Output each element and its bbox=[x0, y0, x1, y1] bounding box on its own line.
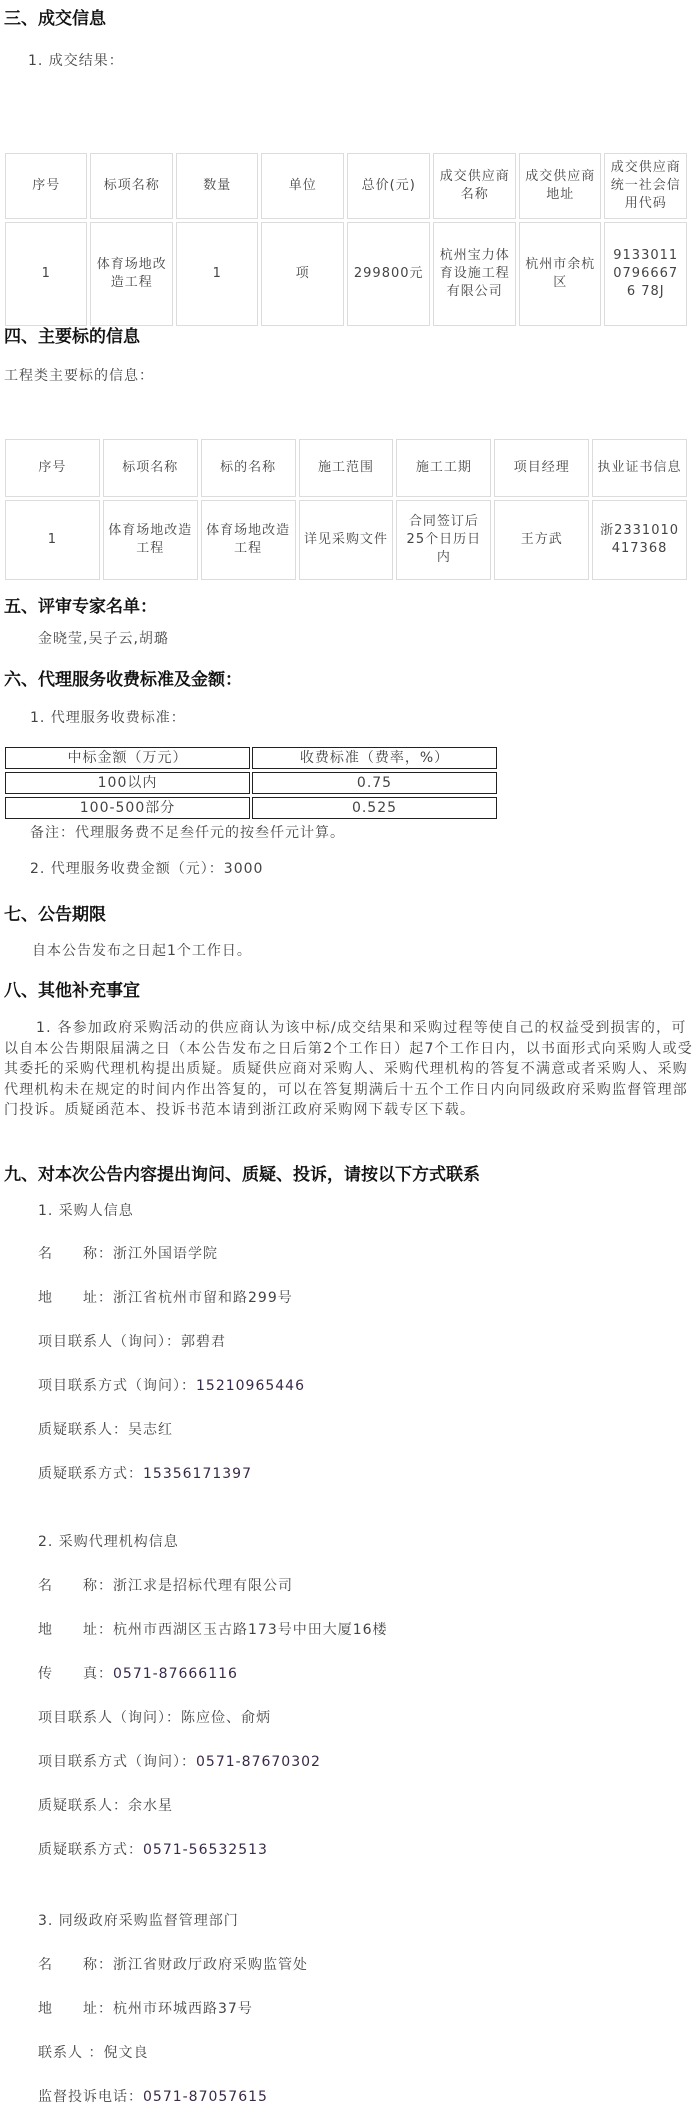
purchaser-query-contact: 质疑联系人：吴志红 bbox=[38, 1419, 173, 1439]
agency-name: 名 称：浙江求是招标代理有限公司 bbox=[38, 1575, 293, 1595]
table-row: 1 体育场地改造工程 体育场地改造工程 详见采购文件 合同签订后25个日历日内 … bbox=[5, 500, 687, 580]
label: 质疑联系方式： bbox=[38, 1839, 143, 1859]
main-subject-table: 序号 标项名称 标的名称 施工范围 施工工期 项目经理 执业证书信息 1 体育场… bbox=[2, 436, 690, 583]
supervisor-contact: 联系人 ：倪文良 bbox=[38, 2042, 148, 2062]
label: 项目联系人（询问）： bbox=[38, 1331, 181, 1351]
purchaser-phone: 项目联系方式（询问）：15210965446 bbox=[38, 1375, 305, 1395]
th-quantity: 数量 bbox=[176, 153, 258, 219]
table-header-row: 序号 标项名称 数量 单位 总价(元) 成交供应商名称 成交供应商地址 成交供应… bbox=[5, 153, 687, 219]
th-supplier-name: 成交供应商名称 bbox=[433, 153, 515, 219]
th-item-name: 标项名称 bbox=[90, 153, 172, 219]
value: 倪文良 bbox=[103, 2045, 148, 2061]
cell-supplier-name: 杭州宝力体育设施工程有限公司 bbox=[433, 222, 515, 326]
value: 15356171397 bbox=[143, 1466, 252, 1482]
agency-contact: 项目联系人（询问）：陈应俭、俞炳 bbox=[38, 1707, 271, 1727]
cell-manager: 王方武 bbox=[494, 500, 589, 580]
th-seq: 序号 bbox=[5, 153, 87, 219]
section-4-title: 四、主要标的信息 bbox=[4, 322, 140, 347]
agency-query-contact: 质疑联系人：余水星 bbox=[38, 1795, 173, 1815]
section-7-title: 七、公告期限 bbox=[4, 900, 106, 925]
th-scope: 施工范围 bbox=[299, 439, 394, 497]
agency-heading: 2. 采购代理机构信息 bbox=[38, 1531, 179, 1551]
th-supplier-address: 成交供应商地址 bbox=[519, 153, 601, 219]
section-5-title: 五、评审专家名单： bbox=[4, 592, 157, 617]
fee-note: 备注：代理服务费不足叁仟元的按叁仟元计算。 bbox=[30, 822, 345, 842]
label: 项目联系方式（询问）： bbox=[38, 1375, 196, 1395]
cell-scope: 详见采购文件 bbox=[299, 500, 394, 580]
section-9-title: 九、对本次公告内容提出询问、质疑、投诉，请按以下方式联系 bbox=[4, 1160, 480, 1185]
cell-bid-amount: 100-500部分 bbox=[5, 797, 250, 819]
label: 质疑联系方式： bbox=[38, 1463, 143, 1483]
label: 名 称： bbox=[38, 1243, 113, 1263]
label: 监督投诉电话： bbox=[38, 2086, 143, 2106]
label: 项目联系人（询问）： bbox=[38, 1707, 181, 1727]
label: 质疑联系人： bbox=[38, 1795, 128, 1815]
agency-fax: 传 真：0571-87666116 bbox=[38, 1663, 238, 1683]
agency-address: 地 址：杭州市西湖区玉古路173号中田大厦16楼 bbox=[38, 1619, 388, 1639]
agency-query-phone: 质疑联系方式：0571-56532513 bbox=[38, 1839, 268, 1859]
th-unit: 单位 bbox=[261, 153, 343, 219]
label: 质疑联系人： bbox=[38, 1419, 128, 1439]
fee-standard-subtitle: 1. 代理服务收费标准： bbox=[30, 707, 186, 727]
deal-result-subtitle: 1. 成交结果： bbox=[28, 50, 124, 70]
cell-seq: 1 bbox=[5, 222, 87, 326]
th-total-price: 总价(元) bbox=[347, 153, 431, 219]
cell-seq: 1 bbox=[5, 500, 100, 580]
th-seq: 序号 bbox=[5, 439, 100, 497]
section-8-title: 八、其他补充事宜 bbox=[4, 976, 140, 1001]
purchaser-query-phone: 质疑联系方式：15356171397 bbox=[38, 1463, 252, 1483]
deal-result-table: 序号 标项名称 数量 单位 总价(元) 成交供应商名称 成交供应商地址 成交供应… bbox=[2, 150, 690, 329]
purchaser-heading: 1. 采购人信息 bbox=[38, 1200, 134, 1220]
value: 杭州市西湖区玉古路173号中田大厦16楼 bbox=[113, 1622, 388, 1638]
table-header-row: 序号 标项名称 标的名称 施工范围 施工工期 项目经理 执业证书信息 bbox=[5, 439, 687, 497]
value: 郭碧君 bbox=[181, 1334, 226, 1350]
label: 传 真： bbox=[38, 1663, 113, 1683]
cell-item-name: 体育场地改造工程 bbox=[90, 222, 172, 326]
cell-bid-amount: 100以内 bbox=[5, 772, 250, 794]
label: 名 称： bbox=[38, 1954, 113, 1974]
value: 0571-87666116 bbox=[113, 1666, 238, 1682]
cell-supplier-credit-code: 913301107966676 78J bbox=[604, 222, 687, 326]
th-subject-name: 标的名称 bbox=[201, 439, 296, 497]
th-manager: 项目经理 bbox=[494, 439, 589, 497]
table-row: 100以内 0.75 bbox=[5, 772, 497, 794]
th-fee-rate: 收费标准（费率，%） bbox=[252, 747, 497, 769]
value: 0571-87057615 bbox=[143, 2089, 268, 2105]
notice-period-text: 自本公告发布之日起1个工作日。 bbox=[32, 940, 252, 960]
cell-unit: 项 bbox=[261, 222, 343, 326]
table-header-row: 中标金额（万元） 收费标准（费率，%） bbox=[5, 747, 497, 769]
cell-duration: 合同签订后25个日历日内 bbox=[396, 500, 491, 580]
label: 地 址： bbox=[38, 1998, 113, 2018]
th-supplier-credit-code: 成交供应商统一社会信用代码 bbox=[604, 153, 687, 219]
label: 联系人 ： bbox=[38, 2042, 103, 2062]
label: 项目联系方式（询问）： bbox=[38, 1751, 196, 1771]
value: 杭州市环城西路37号 bbox=[113, 2001, 253, 2017]
purchaser-address: 地 址：浙江省杭州市留和路299号 bbox=[38, 1287, 293, 1307]
cell-item-name: 体育场地改造工程 bbox=[103, 500, 198, 580]
agency-phone: 项目联系方式（询问）：0571-87670302 bbox=[38, 1751, 321, 1771]
supervisor-phone: 监督投诉电话：0571-87057615 bbox=[38, 2086, 268, 2106]
value: 余水星 bbox=[128, 1798, 173, 1814]
value: 浙江外国语学院 bbox=[113, 1246, 218, 1262]
value: 0571-56532513 bbox=[143, 1842, 268, 1858]
cell-subject-name: 体育场地改造工程 bbox=[201, 500, 296, 580]
cell-license: 浙2331010417368 bbox=[592, 500, 687, 580]
th-duration: 施工工期 bbox=[396, 439, 491, 497]
supervisor-heading: 3. 同级政府采购监督管理部门 bbox=[38, 1910, 239, 1930]
table-row: 100-500部分 0.525 bbox=[5, 797, 497, 819]
cell-quantity: 1 bbox=[176, 222, 258, 326]
main-subject-subtitle: 工程类主要标的信息： bbox=[4, 365, 154, 385]
purchaser-name: 名 称：浙江外国语学院 bbox=[38, 1243, 218, 1263]
supervisor-address: 地 址：杭州市环城西路37号 bbox=[38, 1998, 253, 2018]
label: 名 称： bbox=[38, 1575, 113, 1595]
table-row: 1 体育场地改造工程 1 项 299800元 杭州宝力体育设施工程有限公司 杭州… bbox=[5, 222, 687, 326]
value: 浙江求是招标代理有限公司 bbox=[113, 1578, 293, 1594]
value: 吴志红 bbox=[128, 1422, 173, 1438]
label: 地 址： bbox=[38, 1287, 113, 1307]
supervisor-name: 名 称：浙江省财政厅政府采购监管处 bbox=[38, 1954, 308, 1974]
th-license: 执业证书信息 bbox=[592, 439, 687, 497]
value: 15210965446 bbox=[196, 1378, 305, 1394]
label: 地 址： bbox=[38, 1619, 113, 1639]
fee-amount: 2. 代理服务收费金额（元）：3000 bbox=[30, 858, 263, 878]
supplementary-paragraph: 1. 各参加政府采购活动的供应商认为该中标/成交结果和采购过程等使自己的权益受到… bbox=[4, 1018, 694, 1121]
cell-fee-rate: 0.525 bbox=[252, 797, 497, 819]
fee-standard-table: 中标金额（万元） 收费标准（费率，%） 100以内 0.75 100-500部分… bbox=[3, 744, 499, 822]
th-bid-amount: 中标金额（万元） bbox=[5, 747, 250, 769]
cell-total-price: 299800元 bbox=[347, 222, 431, 326]
section-3-title: 三、成交信息 bbox=[4, 4, 106, 29]
cell-supplier-address: 杭州市余杭区 bbox=[519, 222, 601, 326]
th-item-name: 标项名称 bbox=[103, 439, 198, 497]
value: 陈应俭、俞炳 bbox=[181, 1710, 271, 1726]
expert-list: 金晓莹,吴子云,胡璐 bbox=[38, 628, 169, 648]
value: 浙江省财政厅政府采购监管处 bbox=[113, 1957, 308, 1973]
value: 浙江省杭州市留和路299号 bbox=[113, 1290, 293, 1306]
value: 0571-87670302 bbox=[196, 1754, 321, 1770]
section-6-title: 六、代理服务收费标准及金额： bbox=[4, 665, 242, 690]
cell-fee-rate: 0.75 bbox=[252, 772, 497, 794]
purchaser-contact: 项目联系人（询问）：郭碧君 bbox=[38, 1331, 226, 1351]
